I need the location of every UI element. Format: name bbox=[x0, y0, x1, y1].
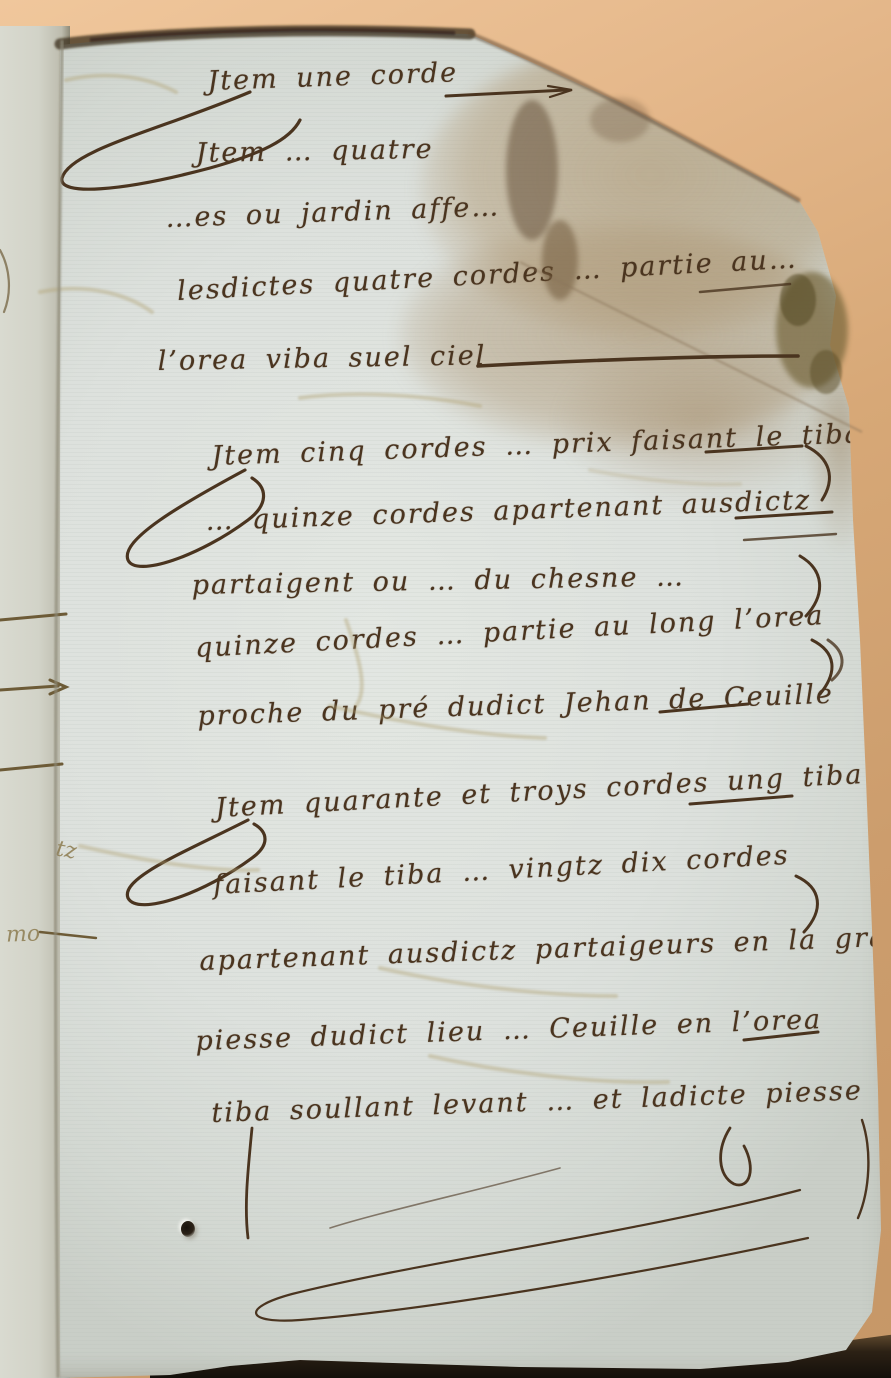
text-line: Jtem cinq cordes … prix faisant le tiba bbox=[211, 418, 863, 472]
text-line: l’orea viba suel ciel bbox=[157, 340, 486, 377]
manuscript-page: ung poutes Jtem une corde Jtem … quatre … bbox=[0, 0, 891, 1378]
text-line: faisant le tiba … vingtz dix cordes bbox=[212, 840, 790, 901]
text-line: lesdictes quatre cordes … partie au… bbox=[176, 244, 798, 307]
text-line: quinze cordes … partie au long l’orea bbox=[194, 600, 825, 664]
text-line: partaigent ou … du chesne … bbox=[191, 561, 685, 601]
text-line: apartenant ausdictz partaigeurs en la gr… bbox=[199, 920, 891, 977]
underpage-margin-mark: mo bbox=[6, 921, 41, 947]
text-line: …es ou jardin affe… bbox=[165, 191, 501, 234]
text-line: Jtem quarante et troys cordes ung tiba bbox=[214, 759, 864, 824]
underlying-leaf-edge bbox=[0, 26, 70, 1378]
underpage-margin-mark: tz bbox=[54, 836, 78, 864]
text-line: Jtem une corde bbox=[207, 57, 459, 97]
text-line: proche du pré dudict Jehan de Ceuille bbox=[197, 679, 834, 732]
text-line: Jtem … quatre bbox=[195, 134, 433, 169]
text-line: piesse dudict lieu … Ceuille en l’orea bbox=[195, 1004, 823, 1057]
text-line: … quinze cordes apartenant ausdictz bbox=[205, 485, 812, 537]
photo-scene: ung poutes Jtem une corde Jtem … quatre … bbox=[0, 0, 891, 1378]
paper-hole bbox=[181, 1221, 195, 1237]
text-line: tiba soullant levant … et ladicte piesse bbox=[211, 1075, 863, 1129]
